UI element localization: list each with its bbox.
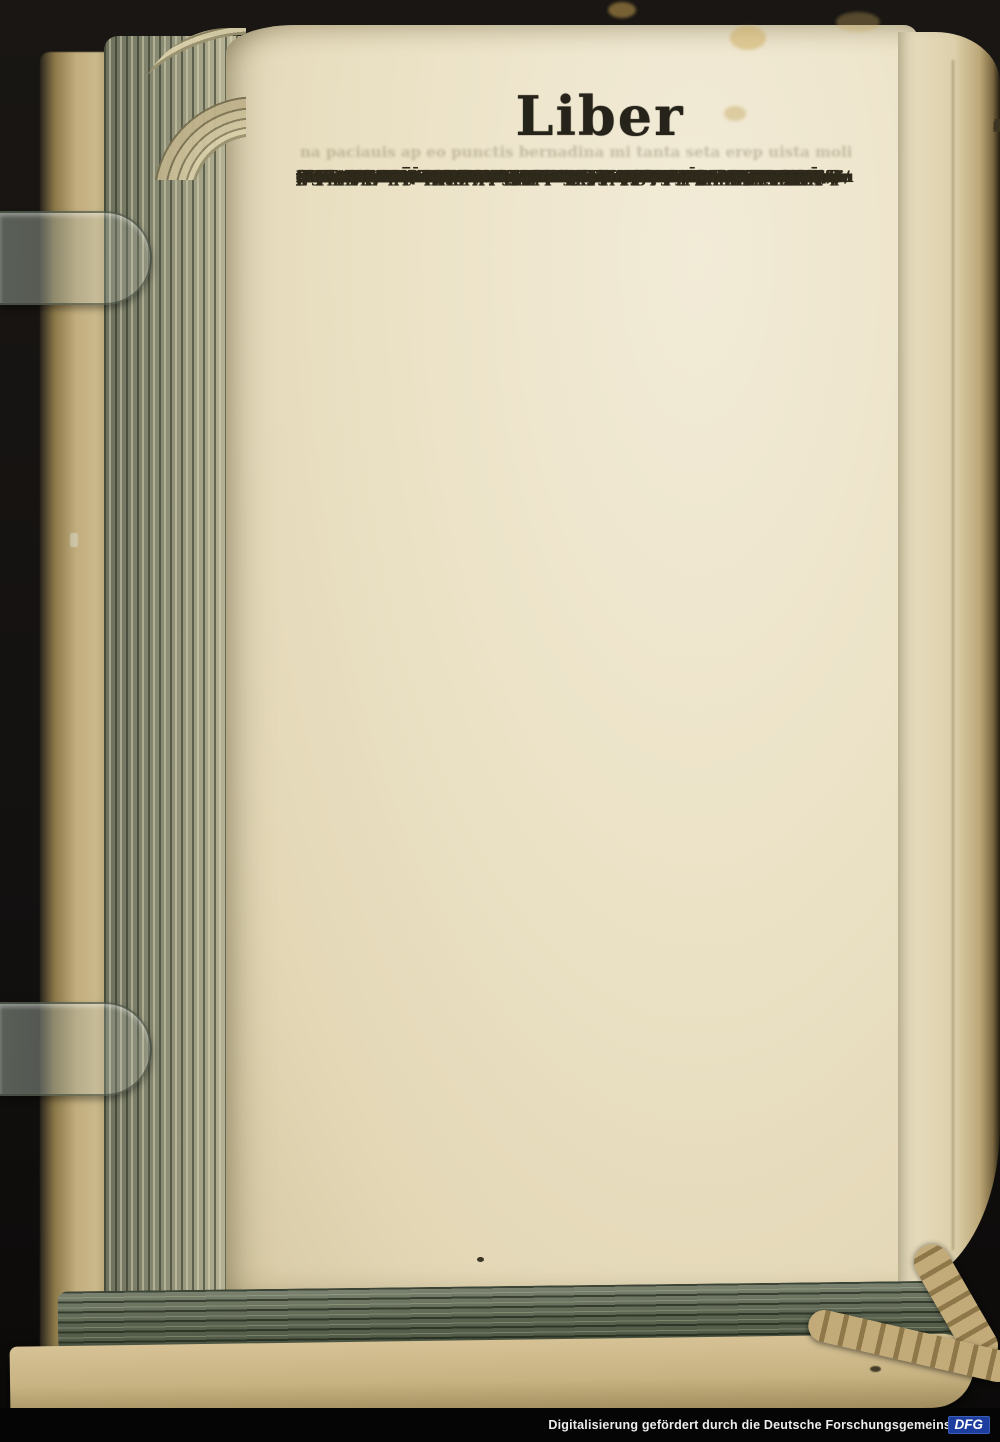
cover-scuff-mark — [70, 533, 78, 547]
book-scan-photo: Liber na paciauis ap eo punctis bernadin… — [0, 0, 1000, 1442]
digitization-footer-bar: Digitalisierung gefördert durch die Deut… — [0, 1408, 1000, 1442]
paper-stain — [730, 26, 766, 50]
ink-speck — [870, 1366, 881, 1372]
showthrough-text-illegible: na paciauis ap eo punctis bernadina mi t… — [300, 143, 888, 161]
page-text: Quo pacto qui deinde tragici poete ſecut… — [296, 166, 904, 1106]
digitization-credit-text: Digitalisierung gefördert durch die Deut… — [548, 1418, 990, 1432]
paper-stain — [608, 2, 636, 18]
dfg-logo: DFG — [948, 1416, 991, 1434]
page-holder-clip-top — [0, 211, 152, 305]
text-line: monijs flexibus delicatius additis. Hinc… — [296, 166, 824, 188]
ink-speck — [477, 1257, 484, 1262]
page-holder-clip-bottom — [0, 1002, 152, 1096]
page-title: Liber — [296, 84, 904, 148]
paper-stain — [836, 12, 880, 32]
edge-text-fragment: ad — [992, 114, 1000, 139]
